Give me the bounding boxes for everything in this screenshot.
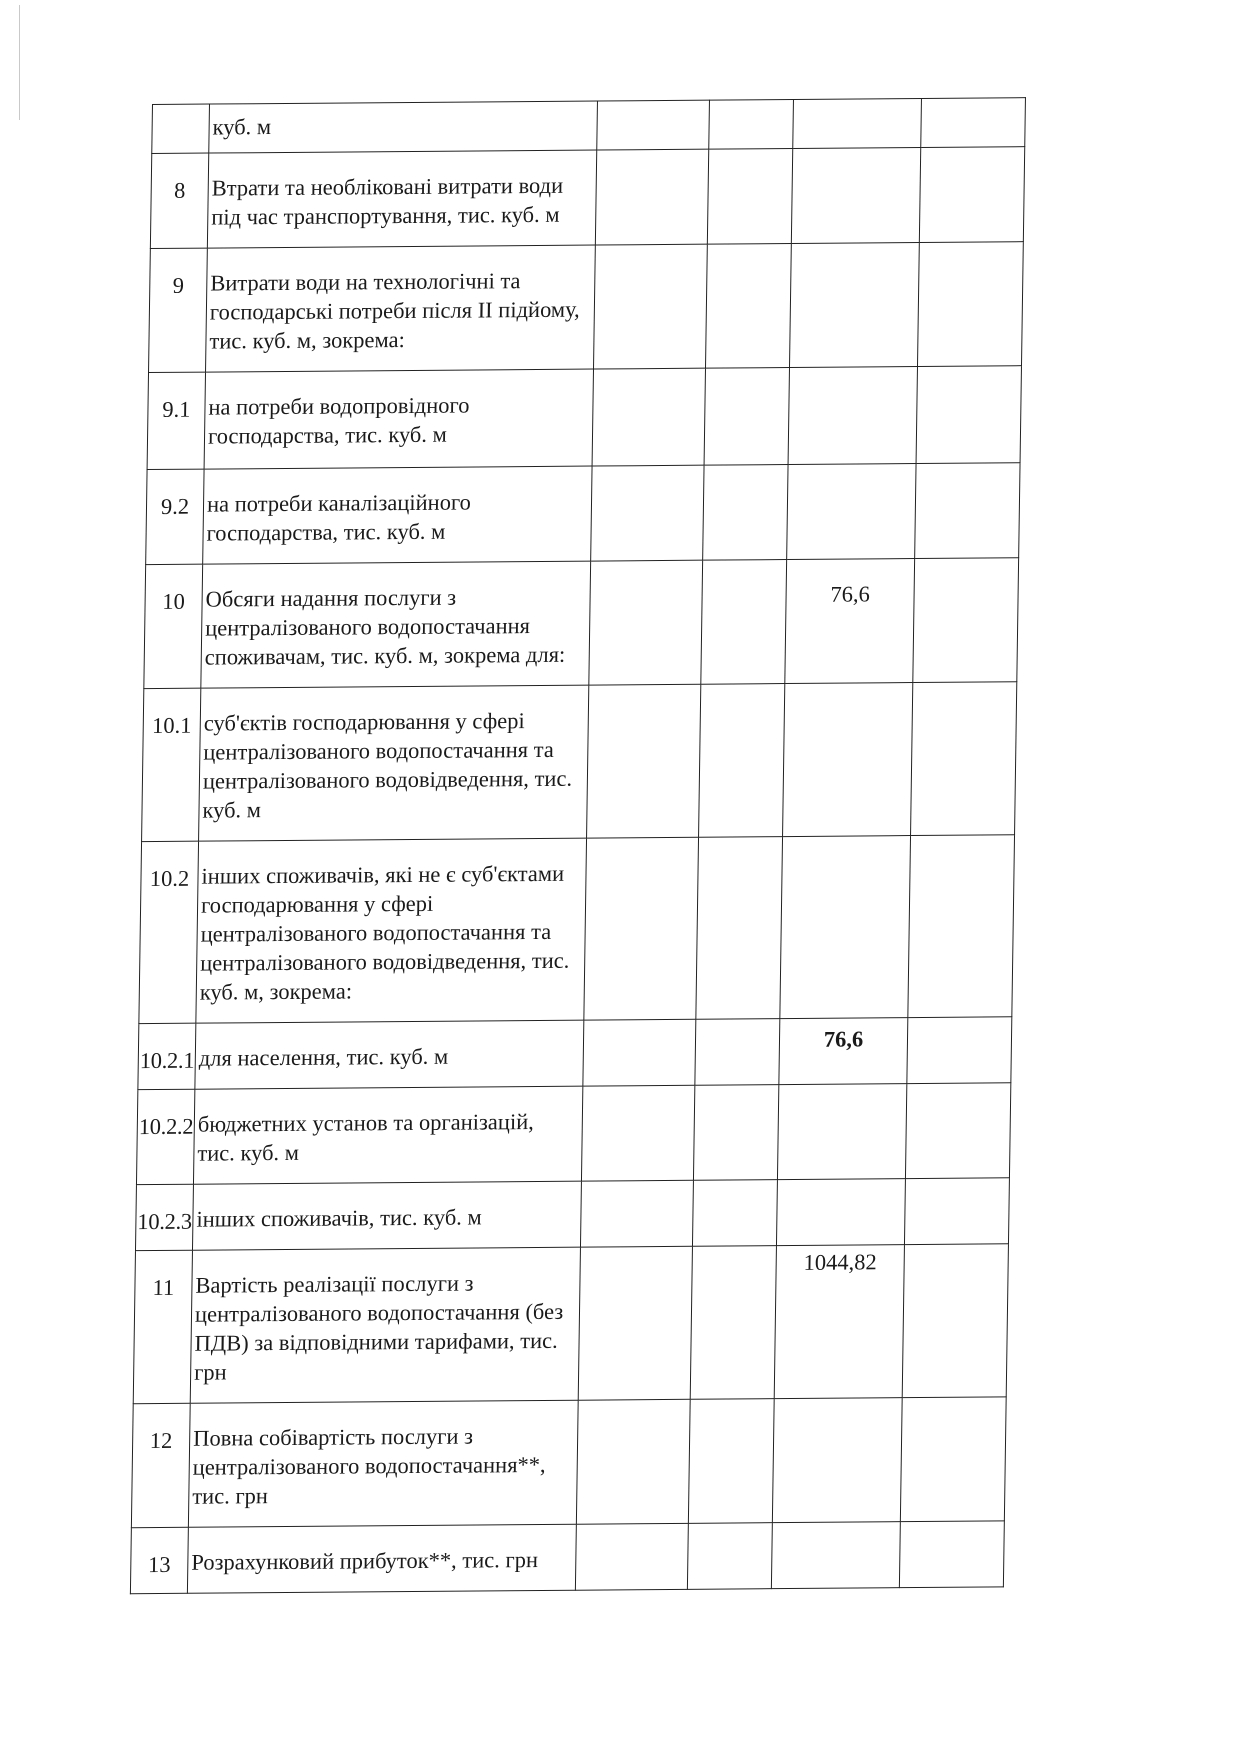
value-cell-3: 76,6	[785, 559, 915, 684]
table-row: 9Витрати води на технологічні та господа…	[149, 242, 1024, 373]
value-cell-1	[589, 560, 703, 685]
value-cell-1	[594, 244, 708, 369]
row-label: Обсяги надання послуги з централізованог…	[201, 561, 591, 688]
table-row: 10.2.1для населення, тис. куб. м76,6	[138, 1017, 1012, 1090]
value-cell-2	[705, 243, 791, 368]
value-cell-1	[581, 1085, 694, 1181]
row-number: 9	[149, 248, 208, 372]
value-cell-2	[701, 560, 787, 685]
value-cell-4	[907, 1017, 1012, 1084]
row-label: для населення, тис. куб. м	[195, 1020, 584, 1089]
value-cell-3	[772, 1398, 902, 1523]
table-row: 10.2.3інших споживачів, тис. куб. м	[135, 1178, 1009, 1251]
value-cell-2	[690, 1246, 776, 1400]
value-cell-3	[776, 1179, 905, 1246]
value-cell-2	[692, 1180, 777, 1247]
value-cell-1	[578, 1246, 692, 1400]
row-number: 10.1	[142, 688, 201, 841]
value-cell-3	[780, 836, 911, 1019]
table-row: 10Обсяги надання послуги з централізован…	[144, 558, 1019, 689]
value-cell-1	[576, 1399, 690, 1524]
value-cell-3	[783, 683, 913, 837]
value-cell-2	[699, 684, 785, 838]
value-cell-4	[908, 835, 1015, 1018]
row-label: інших споживачів, які не є суб'єктами го…	[196, 838, 587, 1023]
value-cell-3	[793, 98, 922, 148]
row-number: 8	[150, 153, 208, 248]
scan-edge-mark	[19, 5, 20, 120]
value-cell-1	[583, 1019, 696, 1086]
value-cell-3	[788, 366, 917, 464]
row-number: 9.2	[146, 469, 204, 564]
value-cell-2	[709, 99, 794, 149]
row-number: 10	[144, 564, 203, 688]
row-number: 9.1	[147, 372, 205, 469]
value-cell-2	[688, 1399, 774, 1524]
value-cell-2	[687, 1523, 772, 1590]
table-row: 11Вартість реалізації послуги з централі…	[133, 1244, 1008, 1404]
row-number: 10.2	[139, 841, 199, 1023]
value-cell-2	[707, 148, 792, 244]
value-cell-2	[695, 1019, 780, 1086]
table-row: 13Розрахунковий прибуток**, тис. грн	[130, 1521, 1004, 1594]
value-cell-3	[789, 242, 919, 367]
value-cell-4	[900, 1397, 1006, 1522]
row-number: 12	[131, 1403, 190, 1527]
row-label: Витрати води на технологічні та господар…	[206, 245, 596, 372]
value-cell-1	[591, 465, 704, 561]
table-row: 10.1суб'єктів господарювання у сфері цен…	[142, 682, 1017, 842]
value-cell-3	[777, 1084, 906, 1180]
table-row: 9.2на потреби каналізаційного господарст…	[146, 463, 1020, 565]
value-cell-3	[787, 464, 916, 560]
value-cell-2	[704, 368, 789, 466]
value-cell-1	[584, 837, 699, 1020]
value-cell-2	[696, 837, 783, 1020]
row-label: куб. м	[209, 101, 598, 153]
row-label: бюджетних установ та організацій, тис. к…	[193, 1086, 582, 1184]
value-cell-3: 1044,82	[774, 1245, 904, 1399]
row-number: 11	[133, 1250, 192, 1403]
value-cell-4	[917, 242, 1023, 367]
water-supply-table: куб. м8Втрати та необліковані витрати во…	[130, 97, 1025, 1594]
value-cell-4	[899, 1521, 1004, 1588]
value-cell-4	[902, 1244, 1008, 1398]
value-cell-4	[916, 366, 1021, 464]
value-cell-4	[911, 682, 1017, 836]
row-number	[152, 104, 210, 153]
value-cell-2	[703, 465, 788, 561]
value-cell-1	[575, 1523, 688, 1590]
row-label: Розрахунковий прибуток**, тис. грн	[187, 1524, 576, 1593]
value-cell-3	[771, 1522, 900, 1589]
value-cell-1	[595, 149, 708, 245]
value-cell-4	[905, 1083, 1010, 1179]
value-cell-4	[913, 558, 1019, 683]
table-row: 10.2інших споживачів, які не є суб'єктам…	[139, 835, 1015, 1024]
value-cell-1	[587, 684, 701, 838]
row-number: 13	[130, 1527, 188, 1593]
row-label: на потреби водопровідного господарства, …	[204, 369, 593, 469]
table-row: 12Повна собівартість послуги з централіз…	[131, 1397, 1006, 1528]
value-cell-4	[915, 463, 1020, 559]
value-cell-1	[580, 1180, 693, 1247]
row-label: Втрати та необліковані витрати води під …	[207, 150, 596, 248]
row-label: на потреби каналізаційного господарства,…	[203, 466, 592, 564]
scanned-page: куб. м8Втрати та необліковані витрати во…	[0, 0, 1240, 1755]
table-row: 10.2.2бюджетних установ та організацій, …	[136, 1083, 1010, 1185]
table-row: 9.1на потреби водопровідного господарств…	[147, 366, 1021, 470]
value-cell-4	[919, 147, 1024, 243]
value-cell-4	[904, 1178, 1009, 1245]
value-cell-1	[597, 100, 710, 150]
data-table: куб. м8Втрати та необліковані витрати во…	[130, 97, 1026, 1594]
row-number: 10.2.2	[136, 1089, 194, 1184]
value-cell-2	[693, 1085, 778, 1181]
row-label: Вартість реалізації послуги з централізо…	[190, 1247, 580, 1403]
row-label: Повна собівартість послуги з централізов…	[188, 1400, 578, 1527]
value-cell-3: 76,6	[779, 1018, 908, 1085]
value-cell-3	[791, 147, 920, 243]
table-row: куб. м	[152, 98, 1026, 154]
row-number: 10.2.1	[138, 1023, 196, 1089]
value-cell-4	[921, 98, 1026, 148]
table-row: 8Втрати та необліковані витрати води під…	[150, 147, 1024, 249]
value-cell-1	[592, 368, 705, 466]
row-label: інших споживачів, тис. куб. м	[192, 1181, 581, 1250]
row-number: 10.2.3	[135, 1184, 193, 1250]
row-label: суб'єктів господарювання у сфері централ…	[199, 685, 589, 841]
